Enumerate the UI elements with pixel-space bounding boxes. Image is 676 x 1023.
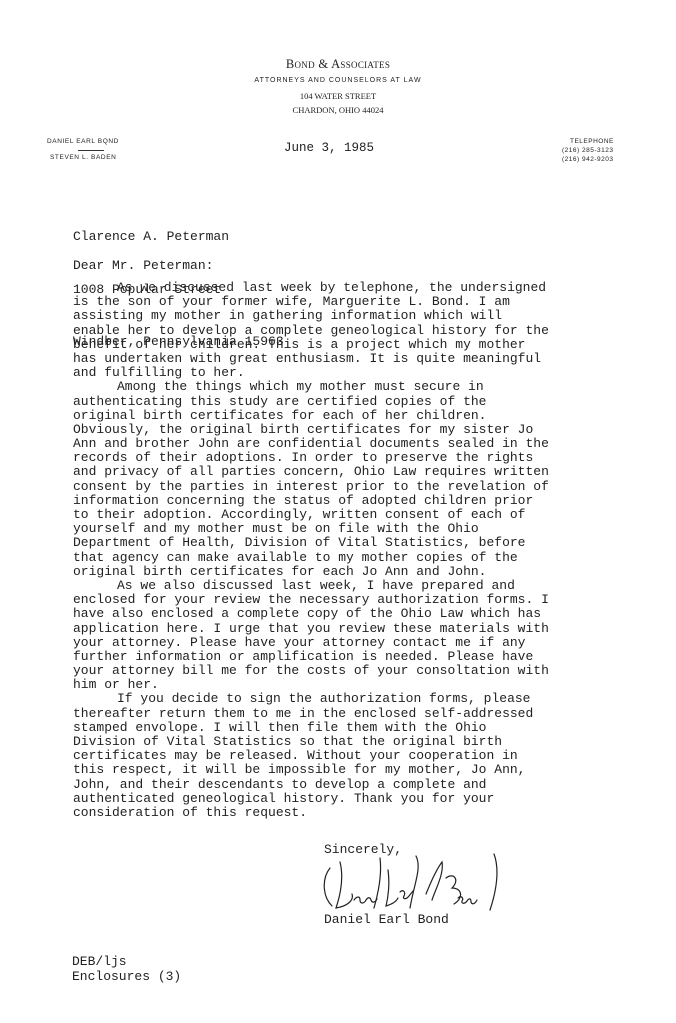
body-line: records of their adoptions. In order to … bbox=[73, 451, 549, 465]
body-line: consideration of this request. bbox=[73, 806, 549, 820]
body-line: original birth certificates for each Jo … bbox=[73, 565, 549, 579]
telephone-block: TELEPHONE (216) 285-3123 (216) 942-9203 bbox=[562, 137, 614, 164]
body-line: and privacy of all parties concern, Ohio… bbox=[73, 465, 549, 479]
telephone-number: (216) 285-3123 bbox=[562, 146, 614, 155]
recipient-name: Clarence A. Peterman bbox=[73, 228, 284, 246]
body-line: enable her to develop a complete geneolo… bbox=[73, 324, 549, 338]
body-line: As we discussed last week by telephone, … bbox=[73, 281, 549, 295]
reference-block: DEB/ljs Enclosures (3) bbox=[72, 954, 181, 984]
telephone-label: TELEPHONE bbox=[562, 137, 614, 146]
body-line: Among the things which my mother must se… bbox=[73, 380, 549, 394]
body-line: thereafter return them to me in the encl… bbox=[73, 707, 549, 721]
body-line: enclosed for your review the necessary a… bbox=[73, 593, 549, 607]
body-line: If you decide to sign the authorization … bbox=[73, 692, 549, 706]
body-line: have also enclosed a complete copy of th… bbox=[73, 607, 549, 621]
firm-name: Bond & Associates bbox=[0, 57, 676, 72]
firm-city: CHARDON, OHIO 44024 bbox=[0, 105, 676, 115]
body-line: authenticated geneological history. Than… bbox=[73, 792, 549, 806]
body-line: Obviously, the original birth certificat… bbox=[73, 423, 549, 437]
body-line: John, and their descendants to develop a… bbox=[73, 778, 549, 792]
reference-initials: DEB/ljs bbox=[72, 954, 181, 969]
body-line: your attorney. Please have your attorney… bbox=[73, 636, 549, 650]
body-line: Division of Vital Statistics so that the… bbox=[73, 735, 549, 749]
body-line: assisting my mother in gathering informa… bbox=[73, 309, 549, 323]
body-line: information concerning the status of ado… bbox=[73, 494, 549, 508]
letter-body: As we discussed last week by telephone, … bbox=[73, 281, 549, 820]
body-line: that agency can make available to my mot… bbox=[73, 551, 549, 565]
body-line: original birth certificates for each of … bbox=[73, 409, 549, 423]
handwritten-signature bbox=[318, 848, 518, 918]
body-line: yourself and my mother must be on file w… bbox=[73, 522, 549, 536]
body-line: authenticating this study are certified … bbox=[73, 395, 549, 409]
body-line: him or her. bbox=[73, 678, 549, 692]
letter-date: June 3, 1985 bbox=[284, 141, 374, 155]
body-line: to their adoption. Accordingly, written … bbox=[73, 508, 549, 522]
body-line: and fulfilling to her. bbox=[73, 366, 549, 380]
firm-subtitle: ATTORNEYS AND COUNSELORS AT LAW bbox=[0, 77, 676, 84]
body-line: benefit of her children. This is a proje… bbox=[73, 338, 549, 352]
body-line: stamped envolope. I will then file them … bbox=[73, 721, 549, 735]
body-line: consent by the parties in interest prior… bbox=[73, 480, 549, 494]
telephone-number: (216) 942-9203 bbox=[562, 155, 614, 164]
body-line: your attorney bill me for the costs of y… bbox=[73, 664, 549, 678]
partner-divider bbox=[78, 150, 104, 151]
partner-name: STEVEN L. BADEN bbox=[50, 154, 116, 161]
body-line: certificates may be released. Without yo… bbox=[73, 749, 549, 763]
body-line: application here. I urge that you review… bbox=[73, 622, 549, 636]
body-line: further information or amplification is … bbox=[73, 650, 549, 664]
signer-name: Daniel Earl Bond bbox=[324, 912, 449, 927]
body-line: Department of Health, Division of Vital … bbox=[73, 536, 549, 550]
body-line: is the son of your former wife, Margueri… bbox=[73, 295, 549, 309]
partner-name: DANIEL EARL BQND bbox=[47, 138, 119, 145]
firm-street: 104 WATER STREET bbox=[0, 91, 676, 101]
body-line: this respect, it will be impossible for … bbox=[73, 763, 549, 777]
enclosures-note: Enclosures (3) bbox=[72, 969, 181, 984]
body-line: Ann and brother John are confidential do… bbox=[73, 437, 549, 451]
body-line: has undertaken with great enthusiasm. It… bbox=[73, 352, 549, 366]
salutation: Dear Mr. Peterman: bbox=[73, 257, 213, 275]
body-line: As we also discussed last week, I have p… bbox=[73, 579, 549, 593]
